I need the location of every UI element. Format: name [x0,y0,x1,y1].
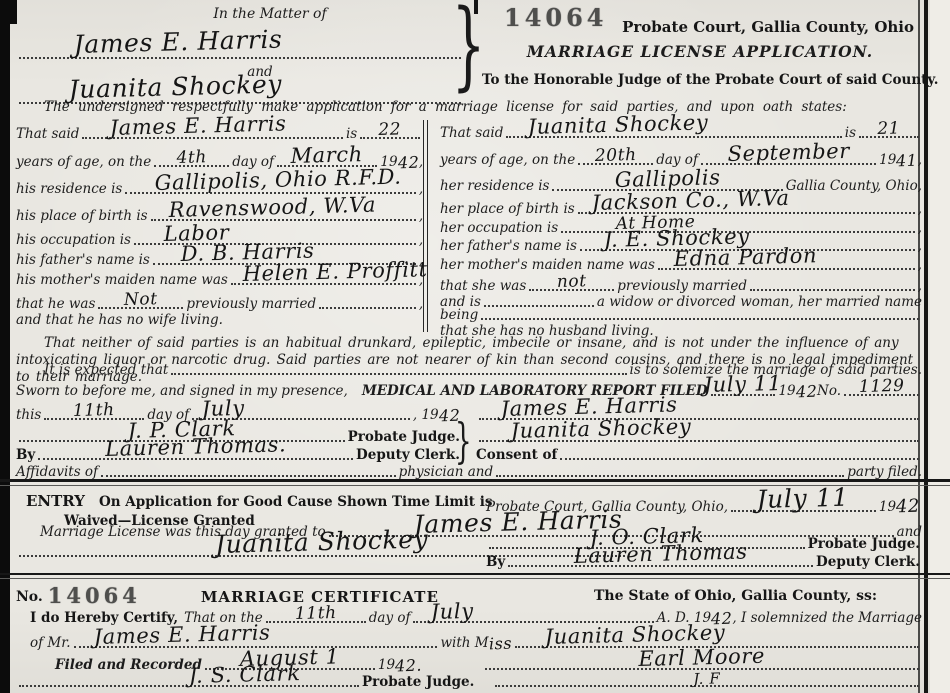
sworn-line: Sworn to before me, and signed in my pre… [16,383,348,401]
dotted-line [496,474,844,477]
solemnized-label: , I solemnized the Marriage [732,610,922,628]
groom-day-handwritten: 4th [176,149,207,167]
bride-occupation-label: her occupation is [440,220,558,238]
comma: , [918,152,922,170]
sworn-medical-row: Sworn to before me, and signed in my pre… [16,381,922,401]
form-row: That said Juanita Shockey is 21 [440,116,922,143]
bride-father-label: her father's name is [440,238,577,256]
entry-year-handwritten: 42 [896,498,921,518]
cert-bride-name-handwritten: Juanita Shockey [544,622,725,648]
caption-block: In the Matter of James E. Harris and Jua… [16,6,464,109]
scan-edge-left [0,0,10,693]
cert-names-row: of Mr. James E. Harris with M iss Juanit… [30,633,922,653]
probate-judge-label: Probate Judge. [348,429,460,447]
this-label: this [16,407,41,425]
cert-officiant-note-handwritten: J. F [693,671,721,687]
cert-judge-signature-handwritten: J. S. Clark [188,663,300,687]
dotted-line: Lauren Thomas. [38,457,353,460]
consent-row: Consent of [460,447,922,465]
groom-age-handwritten: 22 [378,121,401,139]
cert-officiant-signature-handwritten: Earl Moore [638,646,765,670]
groom-birthplace-handwritten: Ravenswood, W.Va [168,195,376,221]
bride-column: That said Juanita Shockey is 21 years of… [428,116,922,338]
entry-bride-name-handwritten: Juanita Shockey [215,526,429,557]
deputy-clerk-label: Deputy Clerk. [816,554,920,572]
consent-of-label: Consent of [476,447,557,465]
header-block: 14064 Probate Court, Gallia County, Ohio… [482,6,918,90]
section-divider [0,573,950,575]
cert-groom-name-handwritten: James E. Harris [93,622,270,648]
that-said-label: That said [16,126,79,144]
in-the-matter-of-label: In the Matter of [16,6,464,24]
party1-row: James E. Harris [16,24,464,64]
form-row: that he was Not previously married , [16,290,423,314]
groom-residence-handwritten: Gallipolis, Ohio R.F.D. [155,167,402,194]
application-columns: That said James E. Harris is 22 years of… [16,116,922,338]
deputy-row: By Lauren Thomas. Deputy Clerk. [16,447,460,465]
form-row: his mother's maiden name was Helen E. Pr… [16,270,423,290]
groom-prev-married-handwritten: Not [124,291,158,309]
by-label: By [486,554,505,572]
dotted-line: 22 [360,136,420,139]
bride-mother-label: her mother's maiden name was [440,257,655,275]
entry-deputy-row: By Lauren Thomas Deputy Clerk. [486,554,920,572]
entry-title-row: ENTRY On Application for Good Cause Show… [26,492,476,512]
dotted-line: 20th [578,162,653,165]
medical-date-handwritten: July 11 [703,373,782,396]
bride-signature-row: Juanita Shockey [460,427,922,447]
dotted-line: James E. Harris [19,56,461,59]
that-said-label: That said [440,125,503,143]
dotted-line: J. F [495,684,919,687]
bride-age-handwritten: 21 [877,120,900,138]
age-line-label: years of age, on the [440,152,575,170]
dotted-line: July 11 [731,509,876,512]
sworn-date-row: this 11th day of July , 19 42 [16,404,460,425]
dotted-line: Edna Pardon [658,267,915,270]
cert-filed-row: Filed and Recorded August 1 19 42. Earl … [55,656,922,675]
caption-brace: } [452,2,486,88]
dotted-line: July 11 [711,393,776,396]
form-row: That said James E. Harris is 22 [16,116,423,144]
entry-word: ENTRY [26,492,85,512]
of-mr-label: of Mr. [30,635,71,653]
dotted-line: September [701,162,876,165]
groom-birth-label: his place of birth is [16,208,148,226]
dotted-line: Lauren Thomas [508,564,813,567]
dotted-line [319,306,416,309]
comma: , [918,238,922,256]
form-row: and is a widow or divorced woman, her ma… [440,296,922,312]
state-line: The State of Ohio, Gallia County, ss: [594,588,877,606]
scan-edge-corner [0,0,17,24]
cert-month-handwritten: July [431,601,474,623]
dotted-line [750,288,915,291]
medical-year-handwritten: 42 [795,384,817,402]
groom-occupation-label: his occupation is [16,232,131,250]
bride-residence-suffix: Gallia County, Ohio, [786,178,922,196]
dotted-line: 21 [859,135,919,138]
cert-iss-handwritten: iss [488,636,512,654]
bride-birthplace-handwritten: Jackson Co., W.Va [591,188,789,214]
expected-row: It is expected that is to solemize the m… [16,362,922,380]
dotted-line: Juanita Shockey [506,135,841,138]
entry-deputy-signature-handwritten: Lauren Thomas [573,541,747,567]
groom-mother-handwritten: Helen E. Proffitt [242,259,427,285]
section-divider-thin [0,578,950,579]
party1-name-handwritten: James E. Harris [73,27,282,57]
deputy-clerk-label: Deputy Clerk. [356,447,460,465]
year-19-label: 19 [378,657,395,675]
probate-judge-label: Probate Judge. [808,536,920,554]
bride-name-handwritten: Juanita Shockey [528,112,709,138]
dotted-line: 1129 [844,393,919,396]
bride-month-handwritten: September [727,141,850,165]
header-top-row: 14064 Probate Court, Gallia County, Ohio [482,6,918,38]
form-row: that she was not previously married , [440,275,922,296]
groom-no-wife-line: and that he has no wife living. [16,314,423,329]
no-label: No. [817,383,841,401]
year-19-label: 19 [879,152,896,170]
year-19-label: 19 [879,499,896,517]
groom-father-label: his father's name is [16,252,150,270]
groom-mother-label: his mother's maiden name was [16,272,228,290]
comma-19-label: , 19 [413,407,439,425]
groom-name-handwritten: James E. Harris [110,113,287,139]
cert-filed-year-handwritten: 42. [395,658,423,676]
cert-day-handwritten: 11th [294,605,336,623]
day-of-label: day of [369,610,411,628]
groom-month-handwritten: March [290,144,363,167]
dotted-line [560,457,919,460]
dotted-line: Helen E. Proffitt [231,282,416,285]
judge-clerk-brace: } [455,420,472,463]
dotted-line [484,304,594,307]
addressee-line: To the Honorable Judge of the Probate Co… [482,72,918,90]
dotted-line: 11th [266,620,366,623]
cert-no-label: No. [16,589,43,607]
comma: , [918,201,922,219]
filed-recorded-label: Filed and Recorded [55,657,202,675]
dotted-line [481,317,919,320]
cert-judge-row: J. S. Clark Probate Judge. J. F [16,675,922,692]
case-number-stamp: 14064 [504,6,608,30]
groom-residence-label: his residence is [16,181,122,199]
bride-mother-handwritten: Edna Pardon [673,245,817,270]
form-row: her mother's maiden name was Edna Pardon… [440,256,922,275]
dotted-line: not [529,288,614,291]
comma: , [918,257,922,275]
bride-residence-label: her residence is [440,178,550,196]
dotted-line [171,372,626,375]
comma: , [918,220,922,238]
document-title: MARRIAGE LICENSE APPLICATION. [482,42,918,63]
bride-birth-label: her place of birth is [440,201,575,219]
groom-column: That said James E. Harris is 22 years of… [16,116,423,338]
bride-signature-handwritten: Juanita Shockey [510,416,691,442]
section-divider [0,479,950,482]
dotted-line: Not [98,306,183,309]
bride-day-handwritten: 20th [594,147,636,165]
page-edge-line-thick [924,0,928,693]
widow-line-post: a widow or divorced woman, her married n… [597,294,922,312]
cert-number-stamp: 14064 [48,585,141,606]
scan-edge-right-paper [930,0,950,693]
bride-year-handwritten: 41 [896,153,918,171]
dotted-line [101,474,396,477]
deputy-signature-handwritten: Lauren Thomas. [105,434,287,460]
sworn-day-handwritten: 11th [73,402,115,420]
by-label: By [16,447,35,465]
bride-prev-married-handwritten: not [556,273,586,291]
dotted-line: Juanita Shockey [479,439,919,442]
medical-number-handwritten: 1129 [858,378,904,396]
age-line-label: years of age, on the [16,154,151,172]
dotted-line: J. S. Clark [19,684,359,687]
with-m-label: with M [440,635,488,653]
dotted-line: 4th [154,164,229,167]
court-name: Probate Court, Gallia County, Ohio [622,18,918,38]
probate-judge-label: Probate Judge. [362,674,474,692]
dotted-line: James E. Harris [82,136,343,139]
party2-name-handwritten: Juanita Shockey [68,71,282,102]
entry-date-handwritten: July 11 [757,485,850,512]
expected-pre: It is expected that [16,362,168,380]
